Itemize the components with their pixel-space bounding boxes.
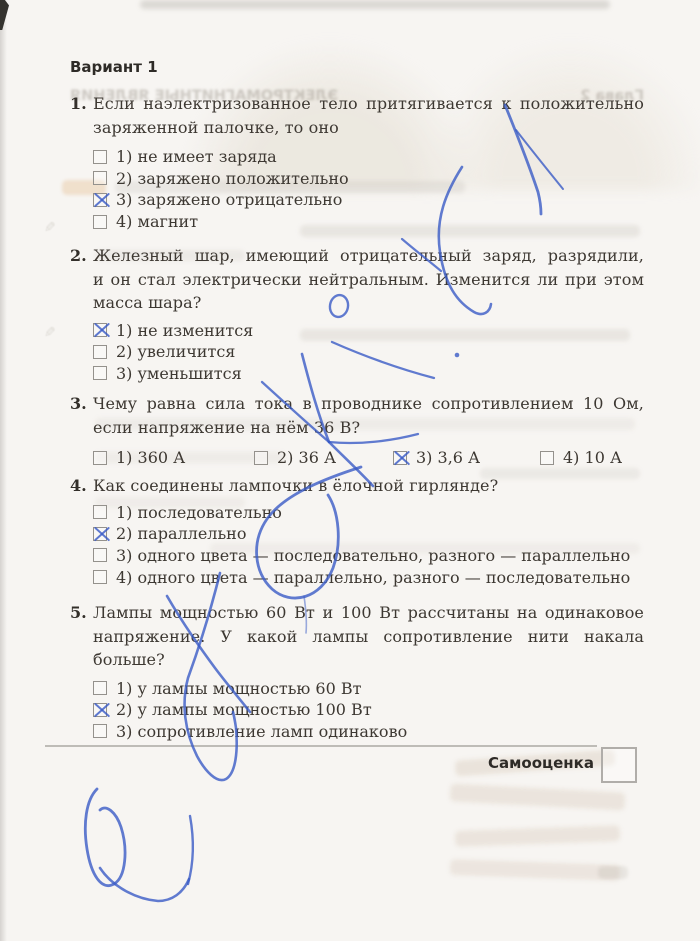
- answer-option: 3) сопротивление ламп одинаково: [93, 721, 646, 743]
- answer-checkbox[interactable]: [254, 451, 268, 465]
- option-label: 1) не изменится: [116, 321, 253, 340]
- answer-checkbox[interactable]: [393, 451, 407, 465]
- option-label: 2) параллельно: [116, 524, 246, 543]
- answer-checkbox[interactable]: [93, 150, 107, 164]
- pencil-bleed-icon: ✎: [44, 325, 56, 341]
- option-label: 2) у лампы мощностью 100 Вт: [116, 700, 372, 719]
- answer-checkbox[interactable]: [93, 570, 107, 584]
- scanned-worksheet-page: { "page": { "background": "#f7f5f2", "pe…: [0, 0, 700, 941]
- question-number: 3.: [70, 392, 93, 439]
- answer-option: 4) 10 А: [540, 447, 622, 469]
- answer-options: 1) не имеет заряда 2) заряжено положител…: [93, 146, 646, 232]
- answer-option: 1) последовательно: [93, 502, 646, 524]
- question-4: 4. Как соединены лампочки в ёлочной гирл…: [70, 474, 646, 588]
- question-5: 5. Лампы мощностью 60 Вт и 100 Вт рассчи…: [70, 601, 646, 742]
- question-text: Лампы мощностью 60 Вт и 100 Вт рассчитан…: [93, 601, 644, 672]
- answer-checkbox[interactable]: [93, 703, 107, 717]
- answer-checkbox[interactable]: [93, 345, 107, 359]
- question-text: Железный шар, имеющий отрицательный заря…: [93, 244, 644, 315]
- answer-option: 1) 360 А: [93, 447, 185, 469]
- pen-stroke: [188, 816, 193, 884]
- answer-option: 1) не изменится: [93, 320, 646, 342]
- answer-option: 2) 36 А: [254, 447, 336, 469]
- bleedthrough-handwriting: [450, 859, 620, 881]
- question-2: 2. Железный шар, имеющий отрицательный з…: [70, 244, 646, 384]
- self-assessment-label: Самооценка: [488, 754, 588, 772]
- answer-checkbox[interactable]: [93, 724, 107, 738]
- question-1: 1. Если наэлектризованное тело притягива…: [70, 92, 646, 232]
- scan-left-edge-shadow: [0, 0, 7, 941]
- answer-checkbox[interactable]: [93, 451, 107, 465]
- bleedthrough-page-number: [598, 866, 628, 879]
- option-label: 3) 3,6 А: [416, 448, 480, 467]
- option-label: 1) не имеет заряда: [116, 147, 277, 166]
- answer-option: 1) не имеет заряда: [93, 146, 646, 168]
- footer-divider: [45, 745, 597, 747]
- option-label: 3) одного цвета — последовательно, разно…: [116, 546, 630, 565]
- answer-option: 3) уменьшится: [93, 363, 646, 385]
- answer-checkbox[interactable]: [93, 681, 107, 695]
- pen-stroke: [85, 789, 125, 886]
- answer-checkbox[interactable]: [540, 451, 554, 465]
- answer-checkbox[interactable]: [93, 548, 107, 562]
- option-label: 4) одного цвета — параллельно, разного —…: [116, 568, 630, 587]
- answer-option: 4) магнит: [93, 211, 646, 233]
- answer-checkbox[interactable]: [93, 323, 107, 337]
- self-assessment-box[interactable]: [601, 747, 637, 783]
- option-label: 4) 10 А: [563, 448, 622, 467]
- option-label: 4) магнит: [116, 212, 198, 231]
- option-label: 1) 360 А: [116, 448, 185, 467]
- pen-stroke: [100, 868, 189, 901]
- answer-option: 3) 3,6 А: [393, 447, 480, 469]
- answer-option: 3) одного цвета — последовательно, разно…: [93, 545, 646, 567]
- question-number: 1.: [70, 92, 93, 139]
- answer-option: 2) параллельно: [93, 523, 646, 545]
- question-text: Чему равна сила тока в проводнике сопрот…: [93, 392, 644, 439]
- option-label: 2) увеличится: [116, 342, 235, 361]
- answer-checkbox[interactable]: [93, 527, 107, 541]
- option-label: 1) последовательно: [116, 503, 282, 522]
- answer-options: 1) не изменится 2) увеличится 3) уменьши…: [93, 320, 646, 385]
- bleedthrough-handwriting: [455, 825, 620, 847]
- answer-checkbox[interactable]: [93, 215, 107, 229]
- option-label: 3) уменьшится: [116, 364, 242, 383]
- question-number: 5.: [70, 601, 93, 672]
- option-label: 3) сопротивление ламп одинаково: [116, 722, 407, 741]
- answer-checkbox[interactable]: [93, 171, 107, 185]
- option-label: 1) у лампы мощностью 60 Вт: [116, 679, 361, 698]
- answer-option: 3) заряжено отрицательно: [93, 189, 646, 211]
- option-label: 3) заряжено отрицательно: [116, 190, 342, 209]
- answer-options: 1) 360 А 2) 36 А 3) 3,6 А 4) 10 А: [70, 447, 646, 469]
- option-label: 2) 36 А: [277, 448, 336, 467]
- bleedthrough-smudge: [140, 0, 610, 9]
- answer-checkbox[interactable]: [93, 366, 107, 380]
- answer-option: 4) одного цвета — параллельно, разного —…: [93, 566, 646, 588]
- answer-option: 2) у лампы мощностью 100 Вт: [93, 699, 646, 721]
- variant-title: Вариант 1: [70, 58, 158, 76]
- answer-options: 1) последовательно 2) параллельно 3) одн…: [93, 502, 646, 588]
- bleedthrough-handwriting: [450, 783, 626, 810]
- answer-checkbox[interactable]: [93, 193, 107, 207]
- question-3: 3. Чему равна сила тока в проводнике соп…: [70, 392, 646, 469]
- option-label: 2) заряжено положительно: [116, 169, 349, 188]
- question-text: Если наэлектризованное тело притягиваетс…: [93, 92, 644, 139]
- answer-checkbox[interactable]: [93, 505, 107, 519]
- question-number: 2.: [70, 244, 93, 315]
- answer-option: 1) у лампы мощностью 60 Вт: [93, 678, 646, 700]
- pencil-bleed-icon: ✎: [44, 220, 56, 236]
- question-number: 4.: [70, 474, 93, 498]
- question-text: Как соединены лампочки в ёлочной гирлянд…: [93, 474, 644, 498]
- answer-options: 1) у лампы мощностью 60 Вт 2) у лампы мо…: [93, 678, 646, 743]
- answer-option: 2) заряжено положительно: [93, 168, 646, 190]
- answer-option: 2) увеличится: [93, 341, 646, 363]
